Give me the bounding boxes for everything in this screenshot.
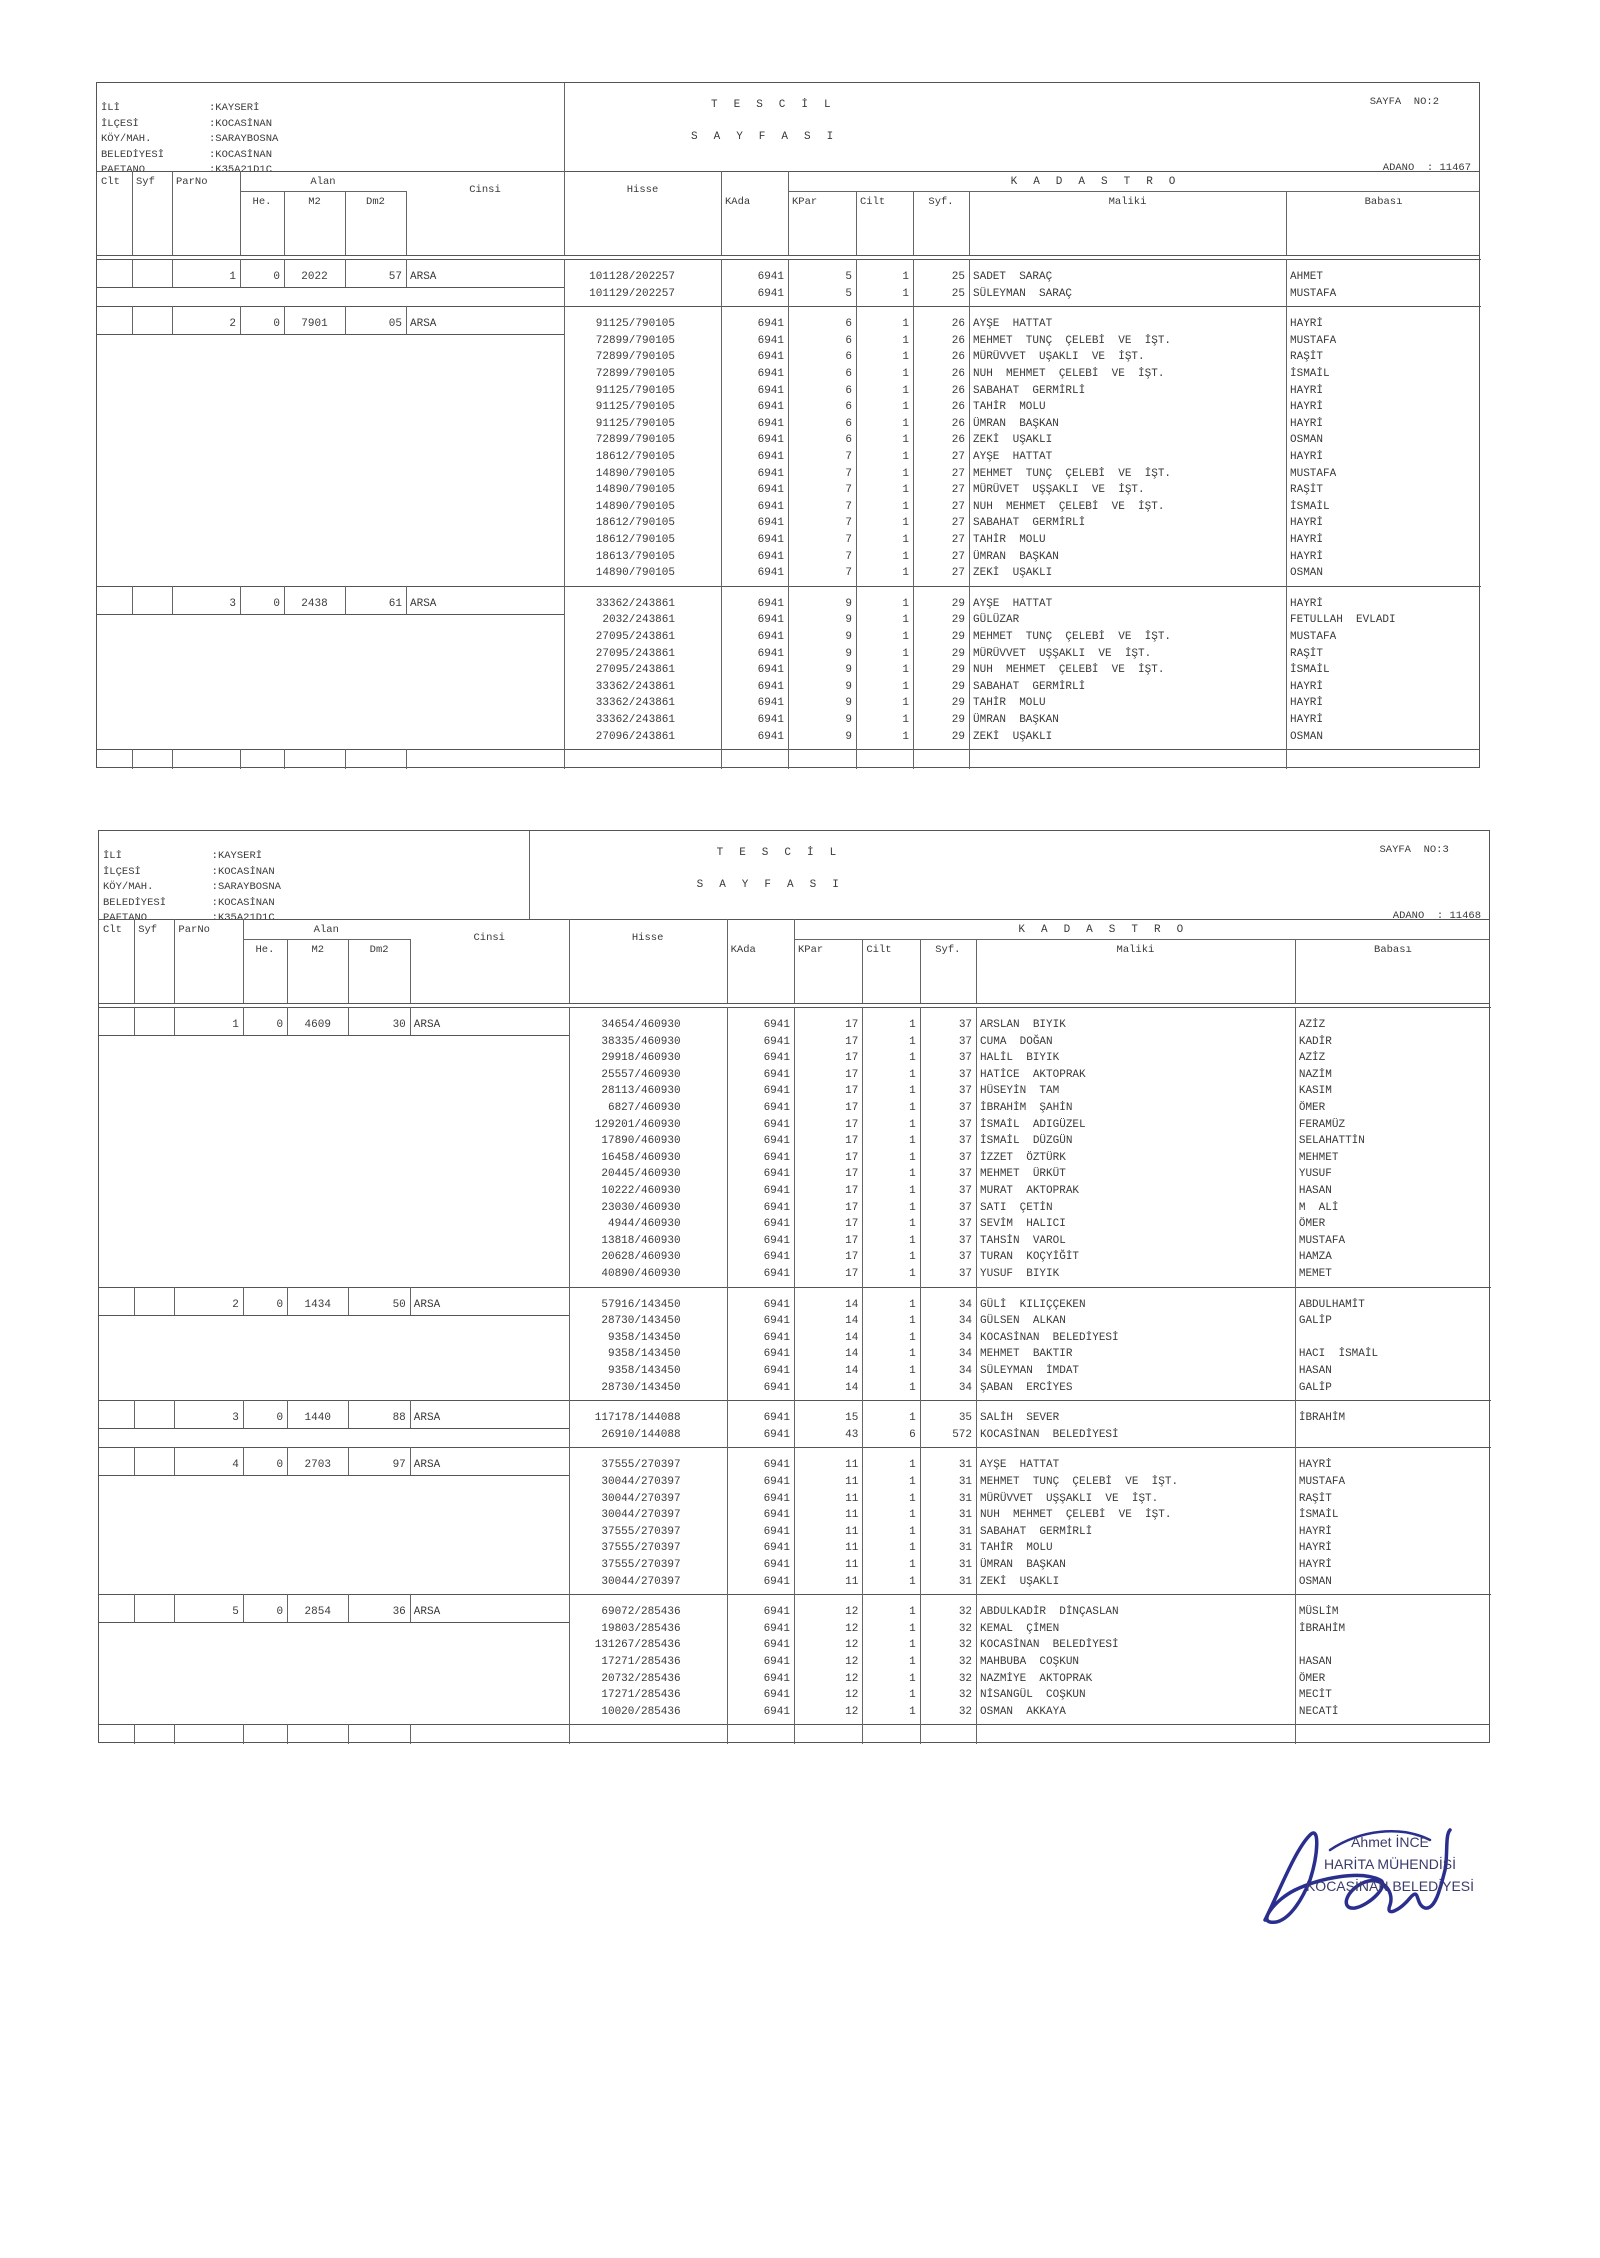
owner-babasi: MEHMET [1299, 1150, 1487, 1167]
owner-cilt: 1 [866, 1637, 915, 1654]
owner-cilt: 1 [860, 679, 909, 696]
owner-kpar: 17 [798, 1183, 858, 1200]
owner-syf: 34 [924, 1297, 972, 1314]
owner-syf: 37 [924, 1100, 972, 1117]
owner-maliki: NUH MEHMET ÇELEBİ VE İŞT. [973, 662, 1282, 679]
owner-babasi: HAYRİ [1290, 416, 1477, 433]
owner-hisse: 129201/460930 [573, 1117, 681, 1134]
column-header-m2: M2 [288, 195, 341, 211]
owner-kpar: 9 [792, 596, 852, 613]
owner-syf: 26 [917, 399, 965, 416]
owner-kada: 6941 [731, 1524, 790, 1541]
owner-cilt: 1 [866, 1380, 915, 1397]
owner-cilt: 1 [866, 1166, 915, 1183]
column-header-babasi: Babası [1290, 195, 1477, 211]
owner-cilt: 1 [866, 1654, 915, 1671]
parcel-parno: 3 [178, 1410, 238, 1427]
owner-hisse: 37555/270397 [573, 1457, 681, 1474]
owner-cilt: 1 [866, 1330, 915, 1347]
owner-row: 34654/460930694117137ARSLAN BIYIKAZİZ [569, 1017, 1491, 1034]
owner-kada: 6941 [725, 366, 784, 383]
owner-cilt: 1 [866, 1313, 915, 1330]
owner-kpar: 6 [792, 366, 852, 383]
title-sayfasi: SAYFASI [697, 877, 855, 894]
owner-kada: 6941 [725, 383, 784, 400]
owner-maliki: GÜLÜZAR [973, 612, 1282, 629]
owner-kpar: 17 [798, 1034, 858, 1051]
owner-kpar: 17 [798, 1150, 858, 1167]
owner-syf: 27 [917, 449, 965, 466]
owner-maliki: ŞABAN ERCİYES [980, 1380, 1291, 1397]
owner-row: 37555/270397694111131ÜMRAN BAŞKANHAYRİ [569, 1557, 1491, 1574]
owner-syf: 31 [924, 1507, 972, 1524]
owner-row: 30044/270397694111131ZEKİ UŞAKLIOSMAN [569, 1574, 1491, 1591]
owner-row: 28730/143450694114134GÜLSEN ALKANGALİP [569, 1313, 1491, 1330]
owner-syf: 37 [924, 1117, 972, 1134]
owner-cilt: 1 [860, 366, 909, 383]
owner-syf: 37 [924, 1150, 972, 1167]
owner-cilt: 1 [866, 1704, 915, 1721]
owner-kada: 6941 [725, 416, 784, 433]
owner-hisse: 9358/143450 [573, 1363, 681, 1380]
owner-kpar: 7 [792, 482, 852, 499]
parcel-dm2: 05 [349, 316, 402, 333]
column-header-dm2: Dm2 [352, 943, 405, 959]
owner-hisse: 14890/790105 [568, 565, 675, 582]
owner-syf: 27 [917, 482, 965, 499]
owner-babasi: RAŞİT [1290, 349, 1477, 366]
parcel-m2: 2703 [291, 1457, 344, 1474]
owner-syf: 26 [917, 416, 965, 433]
owner-kada: 6941 [731, 1313, 790, 1330]
owner-cilt: 1 [860, 416, 909, 433]
owner-syf: 37 [924, 1266, 972, 1283]
parcel-dm2: 97 [352, 1457, 405, 1474]
owner-babasi: ABDULHAMİT [1299, 1297, 1487, 1314]
owner-hisse: 29918/460930 [573, 1050, 681, 1067]
owner-kada: 6941 [725, 532, 784, 549]
owner-hisse: 20732/285436 [573, 1671, 681, 1688]
owner-kpar: 9 [792, 679, 852, 696]
parcel-m2: 1440 [291, 1410, 344, 1427]
owner-cilt: 1 [866, 1100, 915, 1117]
owner-babasi: HASAN [1299, 1183, 1487, 1200]
owner-cilt: 1 [866, 1363, 915, 1380]
owner-kpar: 17 [798, 1017, 858, 1034]
owner-hisse: 30044/270397 [573, 1507, 681, 1524]
owner-maliki: MEHMET TUNÇ ÇELEBİ VE İŞT. [973, 466, 1282, 483]
owner-row: 72899/79010569416126MÜRÜVVET UŞAKLI VE İ… [564, 349, 1481, 366]
owner-babasi: OSMAN [1299, 1574, 1487, 1591]
owner-maliki: SATI ÇETİN [980, 1200, 1291, 1217]
owner-babasi: MUSTAFA [1290, 333, 1477, 350]
parcel-block: 40270397ARSA37555/270397694111131AYŞE HA… [99, 1451, 1491, 1594]
owner-kada: 6941 [725, 269, 784, 286]
owner-hisse: 18612/790105 [568, 515, 675, 532]
owner-cilt: 6 [866, 1427, 915, 1444]
owner-syf: 572 [924, 1427, 972, 1444]
owner-maliki: SALİH SEVER [980, 1410, 1291, 1427]
owner-hisse: 30044/270397 [573, 1474, 681, 1491]
location-label: BELEDİYESİ [101, 148, 164, 164]
owner-cilt: 1 [860, 383, 909, 400]
owner-cilt: 1 [860, 515, 909, 532]
owner-kpar: 9 [792, 629, 852, 646]
owner-row: 9358/143450694114134SÜLEYMAN İMDATHASAN [569, 1363, 1491, 1380]
owner-row: 33362/24386169419129AYŞE HATTATHAYRİ [564, 596, 1481, 613]
owner-kpar: 17 [798, 1067, 858, 1084]
owner-maliki: ZEKİ UŞAKLI [973, 432, 1282, 449]
owner-hisse: 69072/285436 [573, 1604, 681, 1621]
owner-row: 72899/79010569416126MEHMET TUNÇ ÇELEBİ V… [564, 333, 1481, 350]
owner-maliki: SÜLEYMAN SARAÇ [973, 286, 1282, 303]
owner-maliki: KOCASİNAN BELEDİYESİ [980, 1637, 1291, 1654]
stamp-title: HARİTA MÜHENDİSİ [1240, 1854, 1540, 1874]
owner-syf: 26 [917, 366, 965, 383]
owner-babasi: HAMZA [1299, 1249, 1487, 1266]
location-info: İLİ:KAYSERİİLÇESİ:KOCASİNANKÖY/MAH.:SARA… [97, 83, 564, 171]
owner-maliki: MEHMET TUNÇ ÇELEBİ VE İŞT. [973, 629, 1282, 646]
owner-cilt: 1 [860, 466, 909, 483]
owner-syf: 37 [924, 1249, 972, 1266]
owner-syf: 32 [924, 1687, 972, 1704]
parcel-block: 20790105ARSA91125/79010569416126AYŞE HAT… [97, 310, 1481, 586]
owner-babasi: HAYRİ [1290, 532, 1477, 549]
owner-kada: 6941 [731, 1346, 790, 1363]
owner-kpar: 12 [798, 1671, 858, 1688]
owner-cilt: 1 [866, 1297, 915, 1314]
owner-hisse: 28730/143450 [573, 1313, 681, 1330]
owner-babasi: M ALİ [1299, 1200, 1487, 1217]
owner-maliki: HALİL BIYIK [980, 1050, 1291, 1067]
owner-row: 2032/24386169419129GÜLÜZARFETULLAH EVLAD… [564, 612, 1481, 629]
owner-row: 17271/285436694112132MAHBUBA COŞKUNHASAN [569, 1654, 1491, 1671]
owner-hisse: 57916/143450 [573, 1297, 681, 1314]
owner-cilt: 1 [860, 333, 909, 350]
owner-syf: 31 [924, 1491, 972, 1508]
owner-babasi: İSMAİL [1299, 1507, 1487, 1524]
owner-hisse: 28730/143450 [573, 1380, 681, 1397]
owner-kpar: 6 [792, 316, 852, 333]
owner-cilt: 1 [860, 612, 909, 629]
owner-cilt: 1 [866, 1083, 915, 1100]
owner-hisse: 91125/790105 [568, 416, 675, 433]
owner-kpar: 7 [792, 499, 852, 516]
owner-kpar: 11 [798, 1557, 858, 1574]
owner-syf: 31 [924, 1524, 972, 1541]
owner-maliki: MÜRÜVET UŞŞAKLI VE İŞT. [973, 482, 1282, 499]
parcel-block: 10202257ARSA101128/20225769415125SADET S… [97, 263, 1481, 306]
owner-hisse: 27096/243861 [568, 729, 675, 746]
owner-kpar: 7 [792, 515, 852, 532]
owner-syf: 37 [924, 1133, 972, 1150]
parcel-m2: 4609 [291, 1017, 344, 1034]
location-value: :KOCASİNAN [212, 865, 275, 881]
owner-kada: 6941 [725, 729, 784, 746]
owner-babasi: RAŞİT [1299, 1491, 1487, 1508]
owner-cilt: 1 [860, 532, 909, 549]
owner-kpar: 12 [798, 1687, 858, 1704]
owner-syf: 32 [924, 1704, 972, 1721]
column-header-alan: Alan [244, 175, 402, 191]
owner-syf: 31 [924, 1557, 972, 1574]
parcel-parno: 2 [176, 316, 236, 333]
title-tescil: TESCİL [711, 97, 847, 114]
owner-kpar: 17 [798, 1200, 858, 1217]
owner-maliki: ÜMRAN BAŞKAN [973, 416, 1282, 433]
owner-babasi: OSMAN [1290, 565, 1477, 582]
owner-syf: 31 [924, 1574, 972, 1591]
owner-syf: 29 [917, 729, 965, 746]
location-label: KÖY/MAH. [101, 132, 151, 148]
owner-row: 33362/24386169419129SABAHAT GERMİRLİHAYR… [564, 679, 1481, 696]
owner-kpar: 12 [798, 1704, 858, 1721]
owner-hisse: 37555/270397 [573, 1524, 681, 1541]
owner-row: 117178/144088694115135SALİH SEVERİBRAHİM [569, 1410, 1491, 1427]
owner-kada: 6941 [725, 499, 784, 516]
column-header-syf: Syf [138, 923, 170, 939]
column-header-alan: Alan [247, 923, 406, 939]
owner-kpar: 6 [792, 432, 852, 449]
column-header-parno: ParNo [176, 175, 236, 191]
owner-syf: 31 [924, 1474, 972, 1491]
owner-kada: 6941 [725, 565, 784, 582]
owner-kpar: 9 [792, 729, 852, 746]
location-value: :KAYSERİ [212, 849, 262, 865]
owner-hisse: 37555/270397 [573, 1557, 681, 1574]
owner-maliki: ÜMRAN BAŞKAN [973, 549, 1282, 566]
owner-babasi: HAYRİ [1299, 1540, 1487, 1557]
owner-maliki: AYŞE HATTAT [973, 596, 1282, 613]
owner-cilt: 1 [866, 1410, 915, 1427]
owner-row: 30044/270397694111131NUH MEHMET ÇELEBİ V… [569, 1507, 1491, 1524]
owner-babasi: OSMAN [1290, 432, 1477, 449]
owner-kada: 6941 [731, 1117, 790, 1134]
owner-kpar: 9 [792, 712, 852, 729]
owner-maliki: MURAT AKTOPRAK [980, 1183, 1291, 1200]
owner-babasi: AZİZ [1299, 1050, 1487, 1067]
owner-cilt: 1 [866, 1150, 915, 1167]
owner-babasi: FETULLAH EVLADI [1290, 612, 1477, 629]
owner-babasi: HAYRİ [1290, 712, 1477, 729]
owner-hisse: 17271/285436 [573, 1654, 681, 1671]
owner-maliki: ÜMRAN BAŞKAN [980, 1557, 1291, 1574]
owner-kada: 6941 [731, 1133, 790, 1150]
owner-hisse: 17890/460930 [573, 1133, 681, 1150]
owner-maliki: ARSLAN BIYIK [980, 1017, 1291, 1034]
owner-kada: 6941 [725, 712, 784, 729]
owner-hisse: 20445/460930 [573, 1166, 681, 1183]
parcel-block: 20143450ARSA57916/143450694114134GÜLİ KI… [99, 1291, 1491, 1401]
owner-kpar: 17 [798, 1233, 858, 1250]
owner-babasi: KADİR [1299, 1034, 1487, 1051]
owner-row: 18613/79010569417127ÜMRAN BAŞKANHAYRİ [564, 549, 1481, 566]
owner-cilt: 1 [860, 482, 909, 499]
owner-babasi: HASAN [1299, 1654, 1487, 1671]
parcel-m2: 2438 [288, 596, 341, 613]
location-value: :SARAYBOSNA [209, 132, 278, 148]
owner-hisse: 2032/243861 [568, 612, 675, 629]
parcel-block: 50285436ARSA69072/285436694112132ABDULKA… [99, 1598, 1491, 1724]
owner-hisse: 18612/790105 [568, 449, 675, 466]
owner-hisse: 14890/790105 [568, 466, 675, 483]
owner-row: 14890/79010569417127MÜRÜVET UŞŞAKLI VE İ… [564, 482, 1481, 499]
owner-babasi: İBRAHİM [1299, 1621, 1487, 1638]
owner-kpar: 17 [798, 1050, 858, 1067]
owner-kada: 6941 [731, 1266, 790, 1283]
owner-hisse: 91125/790105 [568, 399, 675, 416]
owner-row: 101129/20225769415125SÜLEYMAN SARAÇMUSTA… [564, 286, 1481, 303]
parcel-parno: 2 [178, 1297, 238, 1314]
parcel-parno: 4 [178, 1457, 238, 1474]
parcel-m2: 1434 [291, 1297, 344, 1314]
owner-hisse: 30044/270397 [573, 1574, 681, 1591]
owner-babasi: FERAMÜZ [1299, 1117, 1487, 1134]
owner-cilt: 1 [866, 1249, 915, 1266]
owner-row: 18612/79010569417127AYŞE HATTATHAYRİ [564, 449, 1481, 466]
column-header-maliki: Maliki [980, 943, 1291, 959]
owner-cilt: 1 [866, 1621, 915, 1638]
owner-kpar: 17 [798, 1266, 858, 1283]
owner-kpar: 17 [798, 1083, 858, 1100]
owner-kada: 6941 [731, 1100, 790, 1117]
owner-row: 91125/79010569416126SABAHAT GERMİRLİHAYR… [564, 383, 1481, 400]
owner-kpar: 17 [798, 1216, 858, 1233]
owner-babasi: OSMAN [1290, 729, 1477, 746]
location-value: :SARAYBOSNA [212, 880, 281, 896]
location-info: İLİ:KAYSERİİLÇESİ:KOCASİNANKÖY/MAH.:SARA… [99, 831, 569, 919]
owner-cilt: 1 [866, 1671, 915, 1688]
owner-cilt: 1 [866, 1524, 915, 1541]
owner-babasi: HAYRİ [1290, 515, 1477, 532]
owner-hisse: 27095/243861 [568, 646, 675, 663]
owner-babasi: SELAHATTİN [1299, 1133, 1487, 1150]
owner-hisse: 14890/790105 [568, 482, 675, 499]
column-header-parno: ParNo [178, 923, 238, 939]
column-header-cinsi: Cinsi [410, 183, 560, 199]
owner-kada: 6941 [725, 646, 784, 663]
owner-cilt: 1 [860, 729, 909, 746]
owner-maliki: MÜRÜVVET UŞŞAKLI VE İŞT. [973, 646, 1282, 663]
owner-syf: 32 [924, 1654, 972, 1671]
location-value: :KOCASİNAN [209, 117, 272, 133]
parcel-dm2: 30 [352, 1017, 405, 1034]
location-label: İLİ [101, 101, 120, 117]
title-tescil: TESCİL [717, 845, 853, 862]
owner-maliki: YUSUF BIYIK [980, 1266, 1291, 1283]
owner-kada: 6941 [725, 316, 784, 333]
owner-row: 40890/460930694117137YUSUF BIYIKMEMET [569, 1266, 1491, 1283]
owner-kada: 6941 [725, 629, 784, 646]
owner-maliki: KOCASİNAN BELEDİYESİ [980, 1330, 1291, 1347]
owner-babasi: RAŞİT [1290, 482, 1477, 499]
owner-babasi: GALİP [1299, 1380, 1487, 1397]
owner-syf: 27 [917, 532, 965, 549]
owner-babasi: ÖMER [1299, 1216, 1487, 1233]
owner-row: 19803/285436694112132KEMAL ÇİMENİBRAHİM [569, 1621, 1491, 1638]
owner-hisse: 16458/460930 [573, 1150, 681, 1167]
column-header-ksyf: Syf. [924, 943, 972, 959]
parcel-dm2: 50 [352, 1297, 405, 1314]
owner-babasi: MEMET [1299, 1266, 1487, 1283]
owner-row: 27095/24386169419129MEHMET TUNÇ ÇELEBİ V… [564, 629, 1481, 646]
owner-maliki: TAHSİN VAROL [980, 1233, 1291, 1250]
page-number: SAYFA NO:3 [1379, 843, 1448, 859]
location-label: İLÇESİ [101, 117, 139, 133]
owner-row: 33362/24386169419129TAHİR MOLUHAYRİ [564, 695, 1481, 712]
owner-kpar: 17 [798, 1117, 858, 1134]
owner-babasi: HAYRİ [1290, 449, 1477, 466]
owner-kada: 6941 [731, 1491, 790, 1508]
parcel-dm2: 61 [349, 596, 402, 613]
column-header-kadastro: KADASTRO [727, 922, 1491, 939]
owner-syf: 32 [924, 1671, 972, 1688]
owner-kpar: 6 [792, 416, 852, 433]
owner-kada: 6941 [731, 1704, 790, 1721]
location-label: KÖY/MAH. [103, 880, 153, 896]
owner-hisse: 72899/790105 [568, 366, 675, 383]
owner-cilt: 1 [866, 1017, 915, 1034]
title-sayfasi: SAYFASI [691, 129, 849, 146]
owner-hisse: 13818/460930 [573, 1233, 681, 1250]
location-label: BELEDİYESİ [103, 896, 166, 912]
owner-babasi: AHMET [1290, 269, 1477, 286]
owner-maliki: SABAHAT GERMİRLİ [973, 383, 1282, 400]
owner-syf: 29 [917, 596, 965, 613]
parcel-block: 30243861ARSA33362/24386169419129AYŞE HAT… [97, 590, 1481, 749]
owner-row: 9358/143450694114134MEHMET BAKTIRHACI İS… [569, 1346, 1491, 1363]
owner-babasi: YUSUF [1299, 1166, 1487, 1183]
owner-hisse: 33362/243861 [568, 695, 675, 712]
owner-cilt: 1 [866, 1557, 915, 1574]
owner-babasi: HAYRİ [1299, 1557, 1487, 1574]
owner-babasi: HACI İSMAİL [1299, 1346, 1487, 1363]
owner-hisse: 10020/285436 [573, 1704, 681, 1721]
owner-syf: 32 [924, 1637, 972, 1654]
owner-kpar: 9 [792, 662, 852, 679]
owner-syf: 37 [924, 1183, 972, 1200]
parcel-cinsi: ARSA [414, 1017, 565, 1034]
owner-cilt: 1 [860, 565, 909, 582]
owner-maliki: İBRAHİM ŞAHİN [980, 1100, 1291, 1117]
owner-row: 14890/79010569417127NUH MEHMET ÇELEBİ VE… [564, 499, 1481, 516]
owner-syf: 27 [917, 499, 965, 516]
owner-kpar: 14 [798, 1363, 858, 1380]
location-value: :KOCASİNAN [209, 148, 272, 164]
owner-maliki: NUH MEHMET ÇELEBİ VE İŞT. [973, 499, 1282, 516]
owner-maliki: NUH MEHMET ÇELEBİ VE İŞT. [973, 366, 1282, 383]
owner-syf: 31 [924, 1457, 972, 1474]
column-header-cinsi: Cinsi [414, 931, 565, 947]
parcel-dm2: 57 [349, 269, 402, 286]
owner-row: 23030/460930694117137SATI ÇETİNM ALİ [569, 1200, 1491, 1217]
owner-hisse: 25557/460930 [573, 1067, 681, 1084]
owner-row: 6827/460930694117137İBRAHİM ŞAHİNÖMER [569, 1100, 1491, 1117]
owner-kpar: 14 [798, 1380, 858, 1397]
owner-syf: 34 [924, 1330, 972, 1347]
owner-maliki: TAHİR MOLU [980, 1540, 1291, 1557]
owner-syf: 37 [924, 1233, 972, 1250]
owner-row: 28730/143450694114134ŞABAN ERCİYESGALİP [569, 1380, 1491, 1397]
column-header-cilt: Cilt [860, 195, 909, 211]
owner-row: 28113/460930694117137HÜSEYİN TAMKASIM [569, 1083, 1491, 1100]
owner-syf: 32 [924, 1621, 972, 1638]
owner-syf: 29 [917, 612, 965, 629]
owner-hisse: 23030/460930 [573, 1200, 681, 1217]
owner-hisse: 38335/460930 [573, 1034, 681, 1051]
owner-babasi: KASIM [1299, 1083, 1487, 1100]
owner-kada: 6941 [731, 1654, 790, 1671]
